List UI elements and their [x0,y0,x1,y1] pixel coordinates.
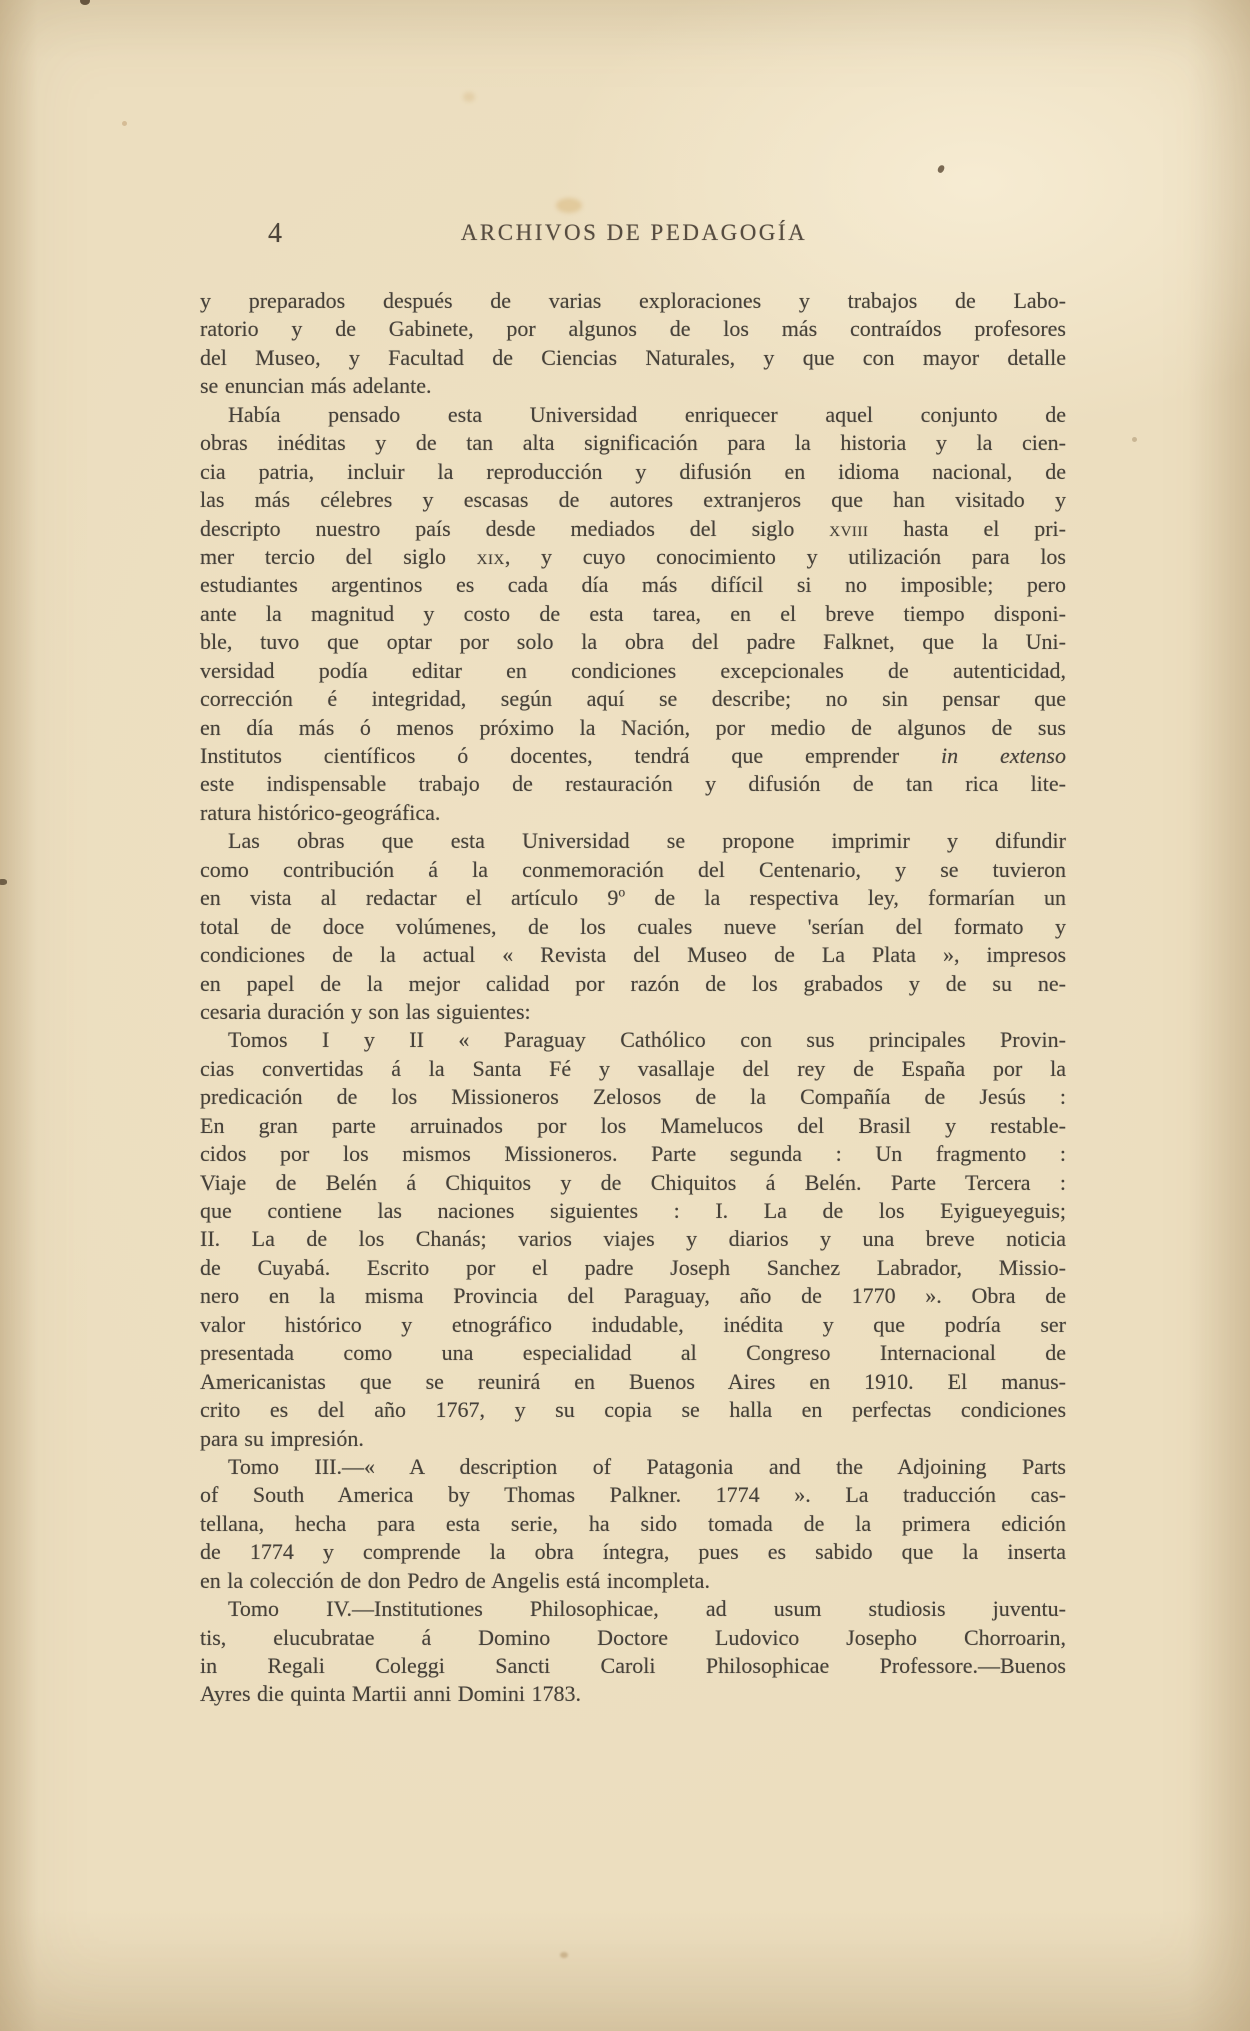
text-line: ratorio y de Gabinete, por algunos de lo… [200,315,1066,343]
text-line: en la colección de don Pedro de Angelis … [200,1567,1066,1595]
text-line: tellana, hecha para esta serie, ha sido … [200,1510,1066,1538]
text-line: en papel de la mejor calidad por razón d… [200,970,1066,998]
page-header: 4 ARCHIVOS DE PEDAGOGÍA [200,218,1068,250]
text-line: del Museo, y Facultad de Ciencias Natura… [200,344,1066,372]
text-line: Las obras que esta Universidad se propon… [200,827,1066,855]
text-line: versidad podía editar en condiciones exc… [200,657,1066,685]
text-segment-sc: xix [477,544,505,569]
text-segment: de Cuyabá. Escrito por el padre Joseph S… [200,1255,1066,1280]
text-line: Ayres die quinta Martii anni Domini 1783… [200,1680,1066,1708]
text-line: II. La de los Chanás; varios viajes y di… [200,1225,1066,1253]
text-segment: Ayres die quinta Martii anni Domini 1783… [200,1681,581,1706]
text-segment: cidos por los mismos Missioneros. Parte … [200,1141,1066,1166]
text-line: en vista al redactar el artículo 9o de l… [200,884,1066,912]
text-segment: las más célebres y escasas de autores ex… [200,487,1066,512]
running-title: ARCHIVOS DE PEDAGOGÍA [200,220,1068,246]
book-page-scan: 4 ARCHIVOS DE PEDAGOGÍA y preparados des… [0,0,1250,2031]
text-segment: se enuncian más adelante. [200,373,431,398]
text-line: condiciones de la actual « Revista del M… [200,941,1066,969]
text-segment: En gran parte arruinados por los Mameluc… [200,1113,1066,1138]
text-segment: cia patria, incluir la reproducción y di… [200,459,1066,484]
text-segment: corrección é integridad, según aquí se d… [200,686,1066,711]
text-line: in Regali Coleggi Sancti Caroli Philosop… [200,1652,1066,1680]
text-segment: en día más ó menos próximo la Nación, po… [200,715,1066,740]
text-segment: en vista al redactar el artículo 9 [200,885,618,910]
text-segment: descripto nuestro país desde mediados de… [200,516,829,541]
text-segment: de 1774 y comprende la obra íntegra, pue… [200,1539,1066,1564]
text-line: como contribución á la conmemoración del… [200,856,1066,884]
paper-speck [937,164,945,173]
text-segment: ante la magnitud y costo de esta tarea, … [200,601,1066,626]
text-segment: hasta el pri- [868,516,1066,541]
text-line: y preparados después de varias exploraci… [200,287,1066,315]
text-segment: nero en la misma Provincia del Paraguay,… [200,1283,1066,1308]
paper-speck [122,121,127,126]
text-segment: del Museo, y Facultad de Ciencias Natura… [200,345,1066,370]
text-segment: Tomos I y II « Paraguay Cathólico con su… [228,1027,1066,1052]
text-line: Tomos I y II « Paraguay Cathólico con su… [200,1026,1066,1054]
text-line: Americanistas que se reunirá en Buenos A… [200,1368,1066,1396]
text-segment: presentada como una especialidad al Cong… [200,1340,1066,1365]
text-line: presentada como una especialidad al Cong… [200,1339,1066,1367]
text-line: de 1774 y comprende la obra íntegra, pue… [200,1538,1066,1566]
text-line: este indispensable trabajo de restauraci… [200,770,1066,798]
text-segment: tellana, hecha para esta serie, ha sido … [200,1511,1066,1536]
text-segment: condiciones de la actual « Revista del M… [200,942,1066,967]
text-line: total de doce volúmenes, de los cuales n… [200,913,1066,941]
text-line: corrección é integridad, según aquí se d… [200,685,1066,713]
text-line: en día más ó menos próximo la Nación, po… [200,714,1066,742]
text-segment: II. La de los Chanás; varios viajes y di… [200,1226,1066,1251]
text-line: se enuncian más adelante. [200,372,1066,400]
text-segment: Institutos científicos ó docentes, tendr… [200,743,941,768]
text-line: para su impresión. [200,1425,1066,1453]
text-line: Institutos científicos ó docentes, tendr… [200,742,1066,770]
text-segment: Americanistas que se reunirá en Buenos A… [200,1369,1066,1394]
text-segment: mer tercio del siglo [200,544,477,569]
text-segment: este indispensable trabajo de restauraci… [200,771,1066,796]
text-segment: ratorio y de Gabinete, por algunos de lo… [200,316,1066,341]
text-segment: de la respectiva ley, formarían un [625,885,1066,910]
text-segment: predicación de los Missioneros Zelosos d… [200,1084,1066,1109]
text-line: cia patria, incluir la reproducción y di… [200,458,1066,486]
text-segment: cias convertidas á la Santa Fé y vasalla… [200,1056,1066,1081]
text-line: ratura histórico-geográfica. [200,799,1066,827]
text-segment: Tomo III.—« A description of Patagonia a… [228,1454,1066,1479]
text-line: ante la magnitud y costo de esta tarea, … [200,600,1066,628]
paper-stain [463,92,475,102]
text-line: mer tercio del siglo xix, y cuyo conocim… [200,543,1066,571]
text-segment: of South America by Thomas Palkner. 1774… [200,1482,1066,1507]
paper-stain [556,198,582,213]
paper-speck [560,1952,568,1958]
text-segment: Había pensado esta Universidad enriquece… [228,402,1066,427]
paper-speck [0,879,7,885]
text-line: En gran parte arruinados por los Mameluc… [200,1112,1066,1140]
text-line: de Cuyabá. Escrito por el padre Joseph S… [200,1254,1066,1282]
text-segment: en papel de la mejor calidad por razón d… [200,971,1066,996]
text-segment: , y cuyo conocimiento y utilización para… [505,544,1066,569]
text-segment: ratura histórico-geográfica. [200,800,440,825]
text-segment-it: in extenso [941,743,1066,768]
text-segment: tis, elucubratae á Domino Doctore Ludovi… [200,1625,1066,1650]
text-line: of South America by Thomas Palkner. 1774… [200,1481,1066,1509]
paper-speck [1132,437,1137,442]
text-segment: que contiene las naciones siguientes : I… [200,1198,1066,1223]
text-segment: valor histórico y etnográfico indudable,… [200,1312,1066,1337]
text-segment: cesaria duración y son las siguientes: [200,999,531,1024]
text-segment: y preparados después de varias exploraci… [200,288,1066,313]
text-line: estudiantes argentinos es cada día más d… [200,571,1066,599]
text-line: valor histórico y etnográfico indudable,… [200,1311,1066,1339]
text-segment: estudiantes argentinos es cada día más d… [200,572,1066,597]
text-segment: en la colección de don Pedro de Angelis … [200,1568,710,1593]
text-segment: Viaje de Belén á Chiquitos y de Chiquito… [200,1170,1066,1195]
text-line: Viaje de Belén á Chiquitos y de Chiquito… [200,1169,1066,1197]
text-line: predicación de los Missioneros Zelosos d… [200,1083,1066,1111]
text-line: Había pensado esta Universidad enriquece… [200,401,1066,429]
text-segment: como contribución á la conmemoración del… [200,857,1066,882]
text-segment: in Regali Coleggi Sancti Caroli Philosop… [200,1653,1066,1678]
text-line: cesaria duración y son las siguientes: [200,998,1066,1026]
text-line: las más célebres y escasas de autores ex… [200,486,1066,514]
text-segment: Tomo IV.—Institutiones Philosophicae, ad… [228,1596,1066,1621]
paper-speck [80,0,90,5]
text-line: que contiene las naciones siguientes : I… [200,1197,1066,1225]
text-line: tis, elucubratae á Domino Doctore Ludovi… [200,1624,1066,1652]
text-line: cias convertidas á la Santa Fé y vasalla… [200,1055,1066,1083]
text-segment: ble, tuvo que optar por solo la obra del… [200,629,1066,654]
text-segment: para su impresión. [200,1426,364,1451]
text-line: Tomo IV.—Institutiones Philosophicae, ad… [200,1595,1066,1623]
text-segment: total de doce volúmenes, de los cuales n… [200,914,1066,939]
text-segment: Las obras que esta Universidad se propon… [228,828,1066,853]
text-line: Tomo III.—« A description of Patagonia a… [200,1453,1066,1481]
text-segment: crito es del año 1767, y su copia se hal… [200,1397,1066,1422]
text-segment: obras inéditas y de tan alta significaci… [200,430,1066,455]
text-line: nero en la misma Provincia del Paraguay,… [200,1282,1066,1310]
text-block: y preparados después de varias exploraci… [200,287,1066,1709]
text-segment: versidad podía editar en condiciones exc… [200,658,1066,683]
text-segment-sc: xviii [829,516,868,541]
text-line: descripto nuestro país desde mediados de… [200,515,1066,543]
text-line: cidos por los mismos Missioneros. Parte … [200,1140,1066,1168]
text-line: crito es del año 1767, y su copia se hal… [200,1396,1066,1424]
text-line: ble, tuvo que optar por solo la obra del… [200,628,1066,656]
text-line: obras inéditas y de tan alta significaci… [200,429,1066,457]
